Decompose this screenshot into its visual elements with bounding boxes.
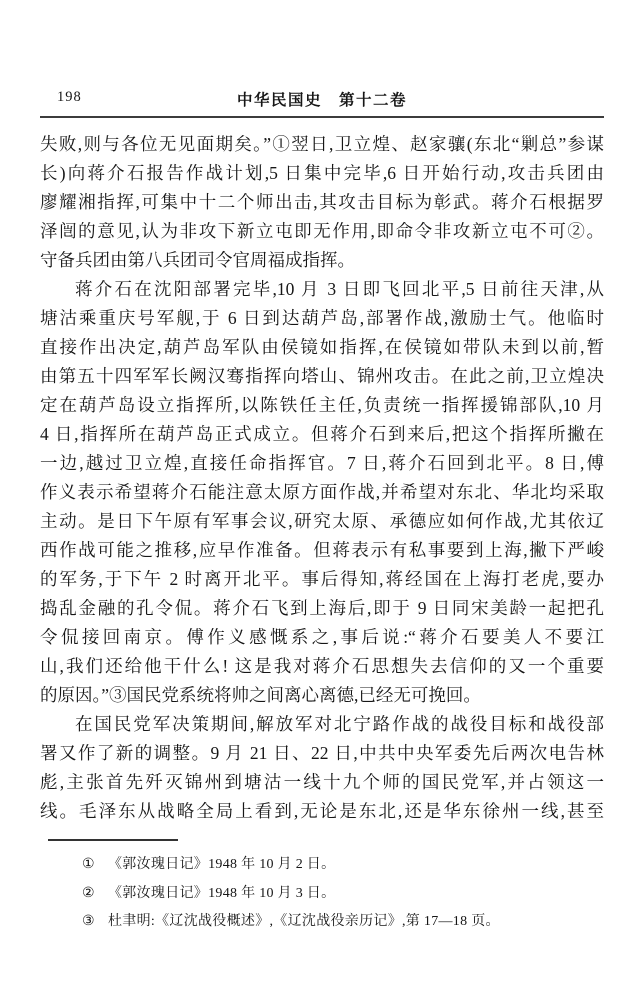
footnote-text: 《郭汝瑰日记》1948 年 10 月 2 日。 (108, 851, 604, 880)
footnote-marker: ② (82, 880, 108, 909)
body-line: 长)向蒋介石报告作战计划,5 日集中完毕,6 日开始行动,攻击兵团由 (40, 159, 604, 188)
body-line: 泽闿的意见,认为非攻下新立屯即无作用,即命令非攻新立屯不可②。 (40, 217, 604, 246)
body-line: 的军务,于下午 2 时离开北平。事后得知,蒋经国在上海打老虎,要办 (40, 565, 604, 594)
footnote-text: 杜聿明:《辽沈战役概述》,《辽沈战役亲历记》,第 17—18 页。 (108, 908, 604, 937)
body-line: 令侃接回南京。傅作义感慨系之,事后说:“蒋介石要美人不要江 (40, 623, 604, 652)
body-text: 失败,则与各位无见面期矣。”①翌日,卫立煌、赵家骧(东北“剿总”参谋 长)向蒋介… (40, 130, 604, 826)
body-line: 署又作了新的调整。9 月 21 日、22 日,中共中央军委先后两次电告林 (40, 739, 604, 768)
body-line: 线。毛泽东从战略全局上看到,无论是东北,还是华东徐州一线,甚至 (40, 797, 604, 826)
footnote-text: 《郭汝瑰日记》1948 年 10 月 3 日。 (108, 880, 604, 909)
footnote-marker: ① (82, 851, 108, 880)
footnotes: ① 《郭汝瑰日记》1948 年 10 月 2 日。 ② 《郭汝瑰日记》1948 … (40, 851, 604, 937)
body-line: 由第五十四军军长阙汉骞指挥向塔山、锦州攻击。在此之前,卫立煌决 (40, 362, 604, 391)
footnote-item: ① 《郭汝瑰日记》1948 年 10 月 2 日。 (40, 851, 604, 880)
book-page: 198 中华民国史 第十二卷 失败,则与各位无见面期矣。”①翌日,卫立煌、赵家骧… (0, 0, 644, 1000)
footnote-item: ③ 杜聿明:《辽沈战役概述》,《辽沈战役亲历记》,第 17—18 页。 (40, 908, 604, 937)
body-line: 作义表示希望蒋介石能注意太原方面作战,并希望对东北、华北均采取 (40, 478, 604, 507)
body-line: 4 日,指挥所在葫芦岛正式成立。但蒋介石到来后,把这个指挥所撇在 (40, 420, 604, 449)
body-line: 的原因。”③国民党系统将帅之间离心离德,已经无可挽回。 (40, 681, 604, 710)
body-line: 西作战可能之推移,应早作准备。但蒋表示有私事要到上海,撇下严峻 (40, 536, 604, 565)
body-line: 在国民党军决策期间,解放军对北宁路作战的战役目标和战役部 (40, 710, 604, 739)
body-line: 直接作出决定,葫芦岛军队由侯镜如指挥,在侯镜如带队未到以前,暂 (40, 333, 604, 362)
body-line: 定在葫芦岛设立指挥所,以陈铁任主任,负责统一指挥援锦部队,10 月 (40, 391, 604, 420)
header-rule (40, 116, 604, 118)
body-line: 守备兵团由第八兵团司令官周福成指挥。 (40, 246, 604, 275)
footnote-item: ② 《郭汝瑰日记》1948 年 10 月 3 日。 (40, 880, 604, 909)
body-line: 蒋介石在沈阳部署完毕,10 月 3 日即飞回北平,5 日前往天津,从 (40, 275, 604, 304)
body-line: 山,我们还给他干什么! 这是我对蒋介石思想失去信仰的又一个重要 (40, 652, 604, 681)
body-line: 主动。是日下午原有军事会议,研究太原、承德应如何作战,尤其依辽 (40, 507, 604, 536)
footnote-separator (48, 839, 178, 841)
body-line: 塘沽乘重庆号军舰,于 6 日到达葫芦岛,部署作战,激励士气。他临时 (40, 304, 604, 333)
body-line: 失败,则与各位无见面期矣。”①翌日,卫立煌、赵家骧(东北“剿总”参谋 (40, 130, 604, 159)
footnote-marker: ③ (82, 908, 108, 937)
body-line: 廖耀湘指挥,可集中十二个师出击,其攻击目标为彰武。蒋介石根据罗 (40, 188, 604, 217)
body-line: 彪,主张首先歼灭锦州到塘沽一线十九个师的国民党军,并占领这一 (40, 768, 604, 797)
body-line: 一边,越过卫立煌,直接任命指挥官。7 日,蒋介石回到北平。8 日,傅 (40, 449, 604, 478)
body-line: 捣乱金融的孔令侃。蒋介石飞到上海后,即于 9 日同宋美龄一起把孔 (40, 594, 604, 623)
running-header-title: 中华民国史 第十二卷 (0, 88, 644, 110)
